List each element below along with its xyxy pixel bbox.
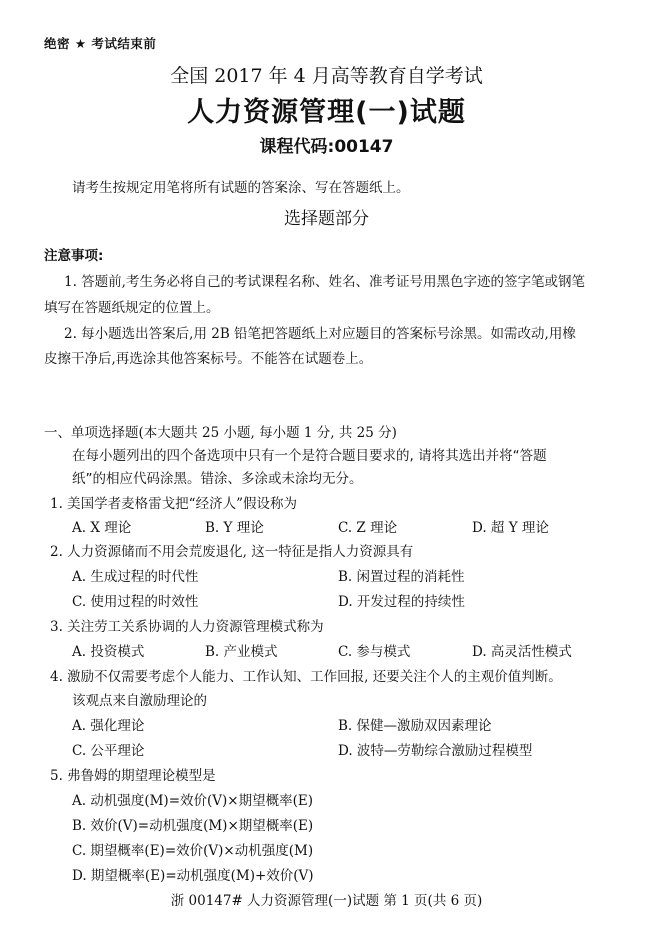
question-5-option-c[interactable]: C. 期望概率(E)=效价(V)×动机强度(M)	[72, 839, 313, 859]
question-2-option-c[interactable]: C. 使用过程的时效性	[72, 590, 198, 610]
note-2-line-1: 2. 每小题选出答案后,用 2B 铅笔把答题纸上对应题目的答案标号涂黑。如需改动…	[64, 322, 576, 342]
question-2-option-b[interactable]: B. 闲置过程的消耗性	[338, 565, 465, 585]
question-2-option-a[interactable]: A. 生成过程的时代性	[72, 565, 198, 585]
question-1-option-a[interactable]: A. X 理论	[72, 516, 131, 536]
question-4-option-a[interactable]: A. 强化理论	[72, 714, 144, 734]
page-footer: 浙 00147# 人力资源管理(一)试题 第 1 页(共 6 页)	[0, 889, 653, 909]
question-3-option-a[interactable]: A. 投资模式	[72, 640, 144, 660]
question-4-stem-line-2: 该观点来自激励理论的	[72, 689, 207, 709]
question-1-stem: 1. 美国学者麦格雷戈把“经济人”假设称为	[50, 492, 297, 512]
question-4-stem: 4. 激励不仅需要考虑个人能力、工作认知、工作回报, 还要关注个人的主观价值判断…	[50, 665, 562, 685]
section-part-title: 选择题部分	[0, 204, 653, 229]
question-3-option-d[interactable]: D. 高灵活性模式	[472, 640, 572, 660]
exam-title: 全国 2017 年 4 月高等教育自学考试	[0, 61, 653, 88]
note-2-line-2: 皮擦干净后,再选涂其他答案标号。不能答在试题卷上。	[44, 347, 372, 367]
subject-title: 人力资源管理(一)试题	[0, 90, 653, 129]
notes-heading: 注意事项:	[44, 244, 103, 264]
question-4-option-b[interactable]: B. 保健—激励双因素理论	[338, 714, 492, 734]
question-3-option-b[interactable]: B. 产业模式	[205, 640, 278, 660]
question-1-option-b[interactable]: B. Y 理论	[205, 516, 264, 536]
section-1-desc-line-2: 纸”的相应代码涂黑。错涂、多涂或未涂均无分。	[72, 467, 363, 487]
instruction-text: 请考生按规定用笔将所有试题的答案涂、写在答题纸上。	[72, 176, 410, 196]
section-1-title: 一、单项选择题(本大题共 25 小题, 每小题 1 分, 共 25 分)	[44, 421, 397, 441]
note-1-line-2: 填写在答题纸规定的位置上。	[44, 296, 220, 316]
question-5-stem: 5. 弗鲁姆的期望理论模型是	[50, 764, 216, 784]
question-5-option-b[interactable]: B. 效价(V)=动机强度(M)×期望概率(E)	[72, 814, 313, 834]
note-1-line-1: 1. 答题前,考生务必将自己的考试课程名称、姓名、准考证号用黑色字迹的签字笔或钢…	[64, 270, 585, 290]
question-2-option-d[interactable]: D. 开发过程的持续性	[338, 590, 465, 610]
question-5-option-a[interactable]: A. 动机强度(M)=效价(V)×期望概率(E)	[72, 789, 313, 809]
question-3-option-c[interactable]: C. 参与模式	[338, 640, 410, 660]
question-3-stem: 3. 关注劳工关系协调的人力资源管理模式称为	[50, 615, 324, 635]
question-4-option-d[interactable]: D. 波特—劳勒综合激励过程模型	[338, 739, 532, 759]
section-1-desc-line-1: 在每小题列出的四个备选项中只有一个是符合题目要求的, 请将其选出并将“答题	[72, 444, 547, 464]
confidential-label: 绝密 ★ 考试结束前	[44, 34, 156, 52]
question-4-option-c[interactable]: C. 公平理论	[72, 739, 144, 759]
question-1-option-c[interactable]: C. Z 理论	[338, 516, 397, 536]
course-code: 课程代码:00147	[0, 132, 653, 157]
question-5-option-d[interactable]: D. 期望概率(E)=动机强度(M)+效价(V)	[72, 864, 314, 884]
question-1-option-d[interactable]: D. 超 Y 理论	[472, 516, 549, 536]
question-2-stem: 2. 人力资源储而不用会荒废退化, 这一特征是指人力资源具有	[50, 540, 413, 560]
